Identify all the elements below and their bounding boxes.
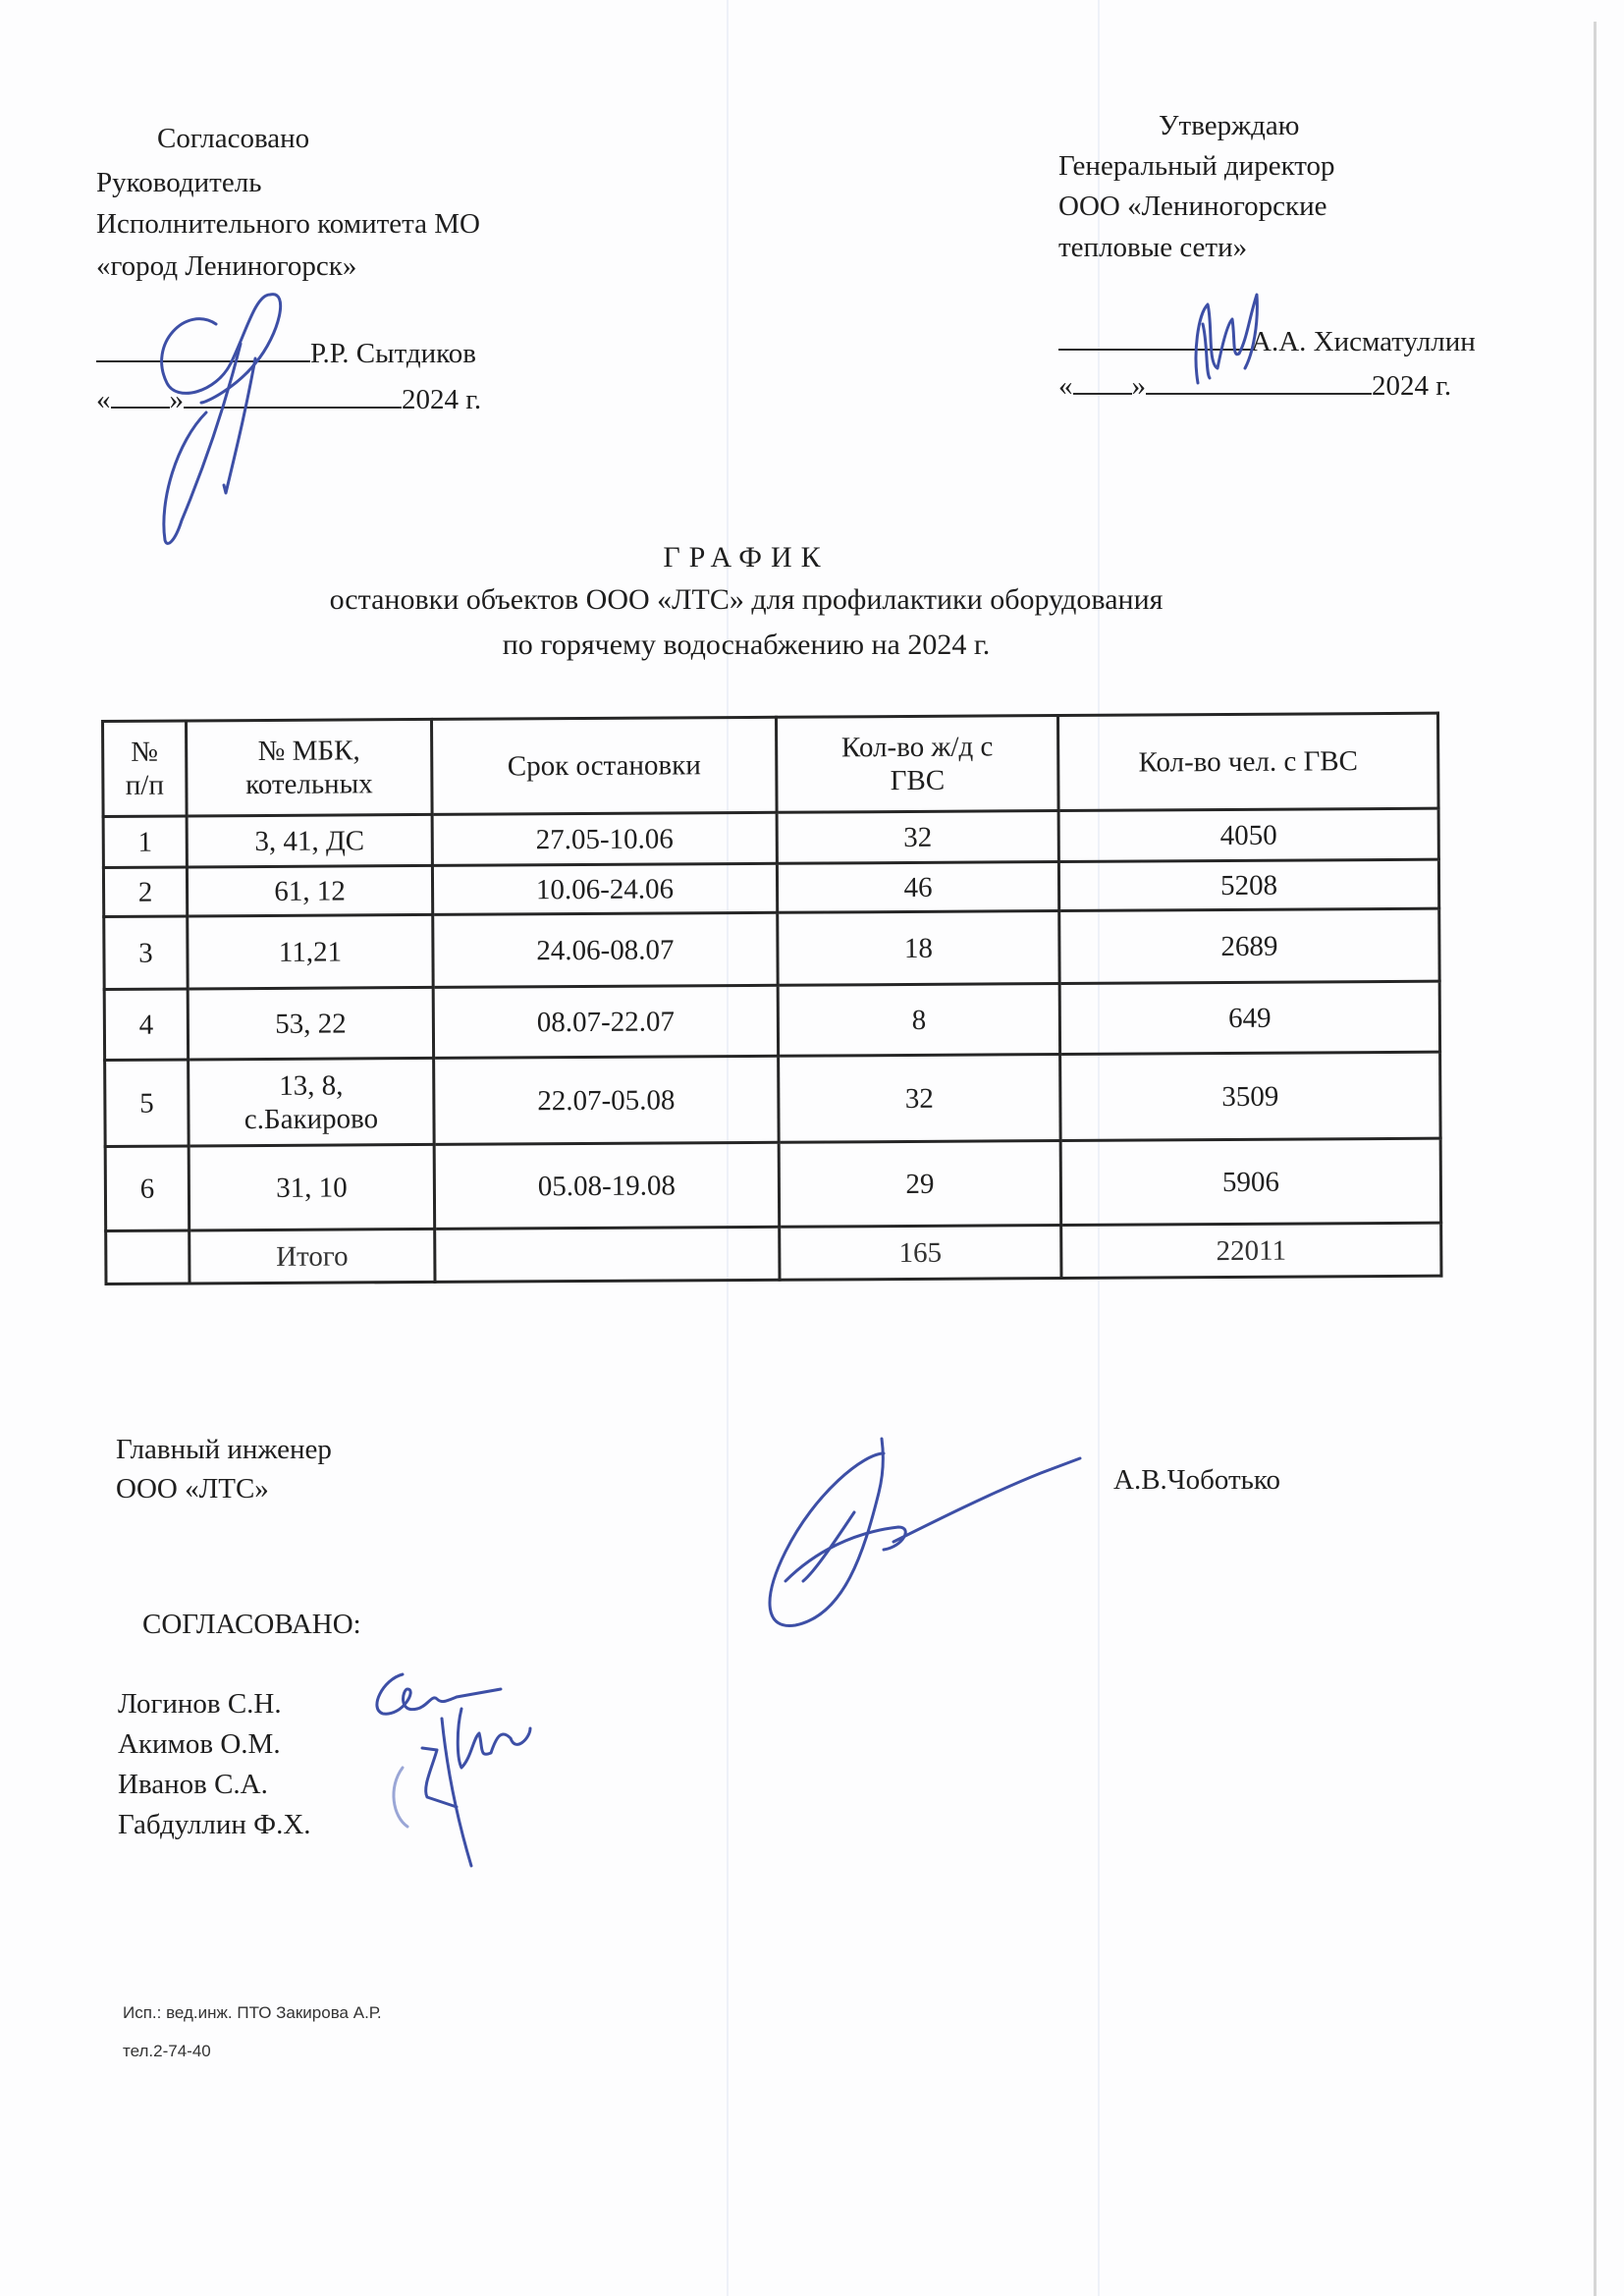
row-houses-cell: 29: [779, 1141, 1061, 1228]
signature-chobotko-icon: [756, 1414, 1090, 1640]
day-blank: [1073, 371, 1132, 395]
agreed-name: Габдуллин Ф.Х.: [118, 1811, 311, 1839]
table-row: 261, 1210.06-24.06465208: [103, 859, 1438, 916]
date-quote: »: [1132, 370, 1147, 402]
total-houses: 165: [780, 1226, 1061, 1281]
date-year: 2024 г.: [1372, 370, 1451, 402]
signatory-right: А.А. Хисматуллин: [1251, 326, 1476, 357]
signature-agreed-icon: [363, 1660, 619, 1886]
scan-edge: [1594, 22, 1597, 2296]
approval-right-line: Генеральный директор: [1058, 152, 1335, 181]
row-people-cell: 4050: [1058, 808, 1438, 861]
executor-phone: тел.2-74-40: [123, 2042, 211, 2061]
row-period-cell: 05.08-19.08: [434, 1142, 780, 1229]
total-label: Итого: [189, 1229, 435, 1284]
row-houses-cell: 32: [779, 1055, 1061, 1143]
row-num-cell: 1: [103, 816, 187, 868]
header-houses: Кол-во ж/д сГВС: [776, 716, 1058, 813]
row-period-cell: 08.07-22.07: [433, 985, 778, 1058]
document-title: ГРАФИК остановки объектов ООО «ЛТС» для …: [0, 538, 1492, 668]
row-objects-cell: 61, 12: [187, 865, 432, 916]
approval-left-line: «город Лениногорск»: [96, 252, 356, 281]
table-total-row: Итого 165 22011: [106, 1223, 1441, 1284]
table-header-row: №п/п № МБК,котельных Срок остановки Кол-…: [103, 713, 1439, 816]
row-people-cell: 2689: [1059, 908, 1439, 983]
header-objects: № МБК,котельных: [187, 719, 433, 816]
signature-sytdikov-icon: [147, 285, 383, 570]
approval-right-line: тепловые сети»: [1058, 234, 1247, 262]
row-num-cell: 4: [104, 989, 188, 1061]
approval-left-line: Исполнительного комитета МО: [96, 210, 480, 239]
header-period: Срок остановки: [432, 717, 778, 814]
approval-right-line: ООО «Лениногорские: [1058, 192, 1327, 221]
row-objects-cell: 3, 41, ДС: [187, 814, 432, 867]
agreed-name: Иванов С.А.: [118, 1771, 268, 1799]
agreed-heading: СОГЛАСОВАНО:: [142, 1611, 361, 1639]
row-period-cell: 24.06-08.07: [433, 912, 778, 987]
row-objects-cell: 11,21: [188, 914, 433, 989]
total-people: 22011: [1061, 1223, 1441, 1278]
row-num-cell: 3: [104, 916, 188, 990]
signature-khismatullin-icon: [1178, 285, 1276, 393]
executor-line: Исп.: вед.инж. ПТО Закирова А.Р.: [123, 2003, 382, 2023]
title-line-2: по горячему водоснабжению на 2024 г.: [0, 623, 1492, 668]
table-row: 311,2124.06-08.07182689: [104, 908, 1439, 989]
total-empty-cell: [435, 1227, 780, 1282]
row-houses-cell: 8: [778, 984, 1059, 1057]
row-people-cell: 649: [1059, 981, 1439, 1054]
row-objects-cell: 13, 8,с.Бакирово: [189, 1058, 435, 1146]
row-num-cell: 5: [105, 1060, 189, 1147]
row-objects-cell: 53, 22: [188, 987, 433, 1060]
agreed-name: Логинов С.Н.: [118, 1690, 282, 1719]
row-objects-cell: 31, 10: [189, 1144, 435, 1230]
row-houses-cell: 32: [777, 811, 1058, 864]
table-row: 453, 2208.07-22.078649: [104, 981, 1439, 1060]
chief-engineer-org: ООО «ЛТС»: [116, 1475, 269, 1503]
chief-engineer-name: А.В.Чоботько: [1113, 1466, 1280, 1495]
table-row: 513, 8,с.Бакирово22.07-05.08323509: [105, 1052, 1441, 1146]
total-empty-cell: [106, 1230, 189, 1285]
row-houses-cell: 46: [777, 862, 1058, 913]
table-row: 631, 1005.08-19.08295906: [105, 1138, 1441, 1230]
approval-right-heading: Утверждаю: [1159, 112, 1299, 140]
header-num: №п/п: [103, 721, 188, 817]
schedule-table: №п/п № МБК,котельных Срок остановки Кол-…: [101, 712, 1442, 1285]
title-main: ГРАФИК: [0, 538, 1492, 577]
table-row: 13, 41, ДС27.05-10.06324050: [103, 808, 1438, 867]
title-line-1: остановки объектов ООО «ЛТС» для профила…: [0, 577, 1492, 623]
approval-left-line: Руководитель: [96, 169, 261, 197]
row-period-cell: 22.07-05.08: [434, 1056, 780, 1144]
row-num-cell: 2: [103, 867, 187, 917]
date-quote: «: [1058, 370, 1073, 402]
row-people-cell: 5208: [1058, 859, 1438, 910]
row-people-cell: 5906: [1060, 1138, 1441, 1225]
row-period-cell: 27.05-10.06: [432, 812, 777, 865]
date-quote: «: [96, 384, 111, 415]
date-year: 2024 г.: [402, 384, 481, 415]
row-num-cell: 6: [105, 1146, 189, 1231]
row-period-cell: 10.06-24.06: [432, 863, 777, 914]
row-houses-cell: 18: [778, 911, 1059, 986]
row-people-cell: 3509: [1060, 1052, 1441, 1140]
header-people: Кол-во чел. с ГВС: [1057, 713, 1438, 810]
approval-left-heading: Согласовано: [157, 125, 309, 153]
agreed-name: Акимов О.М.: [118, 1730, 281, 1759]
chief-engineer-position: Главный инженер: [116, 1436, 332, 1464]
